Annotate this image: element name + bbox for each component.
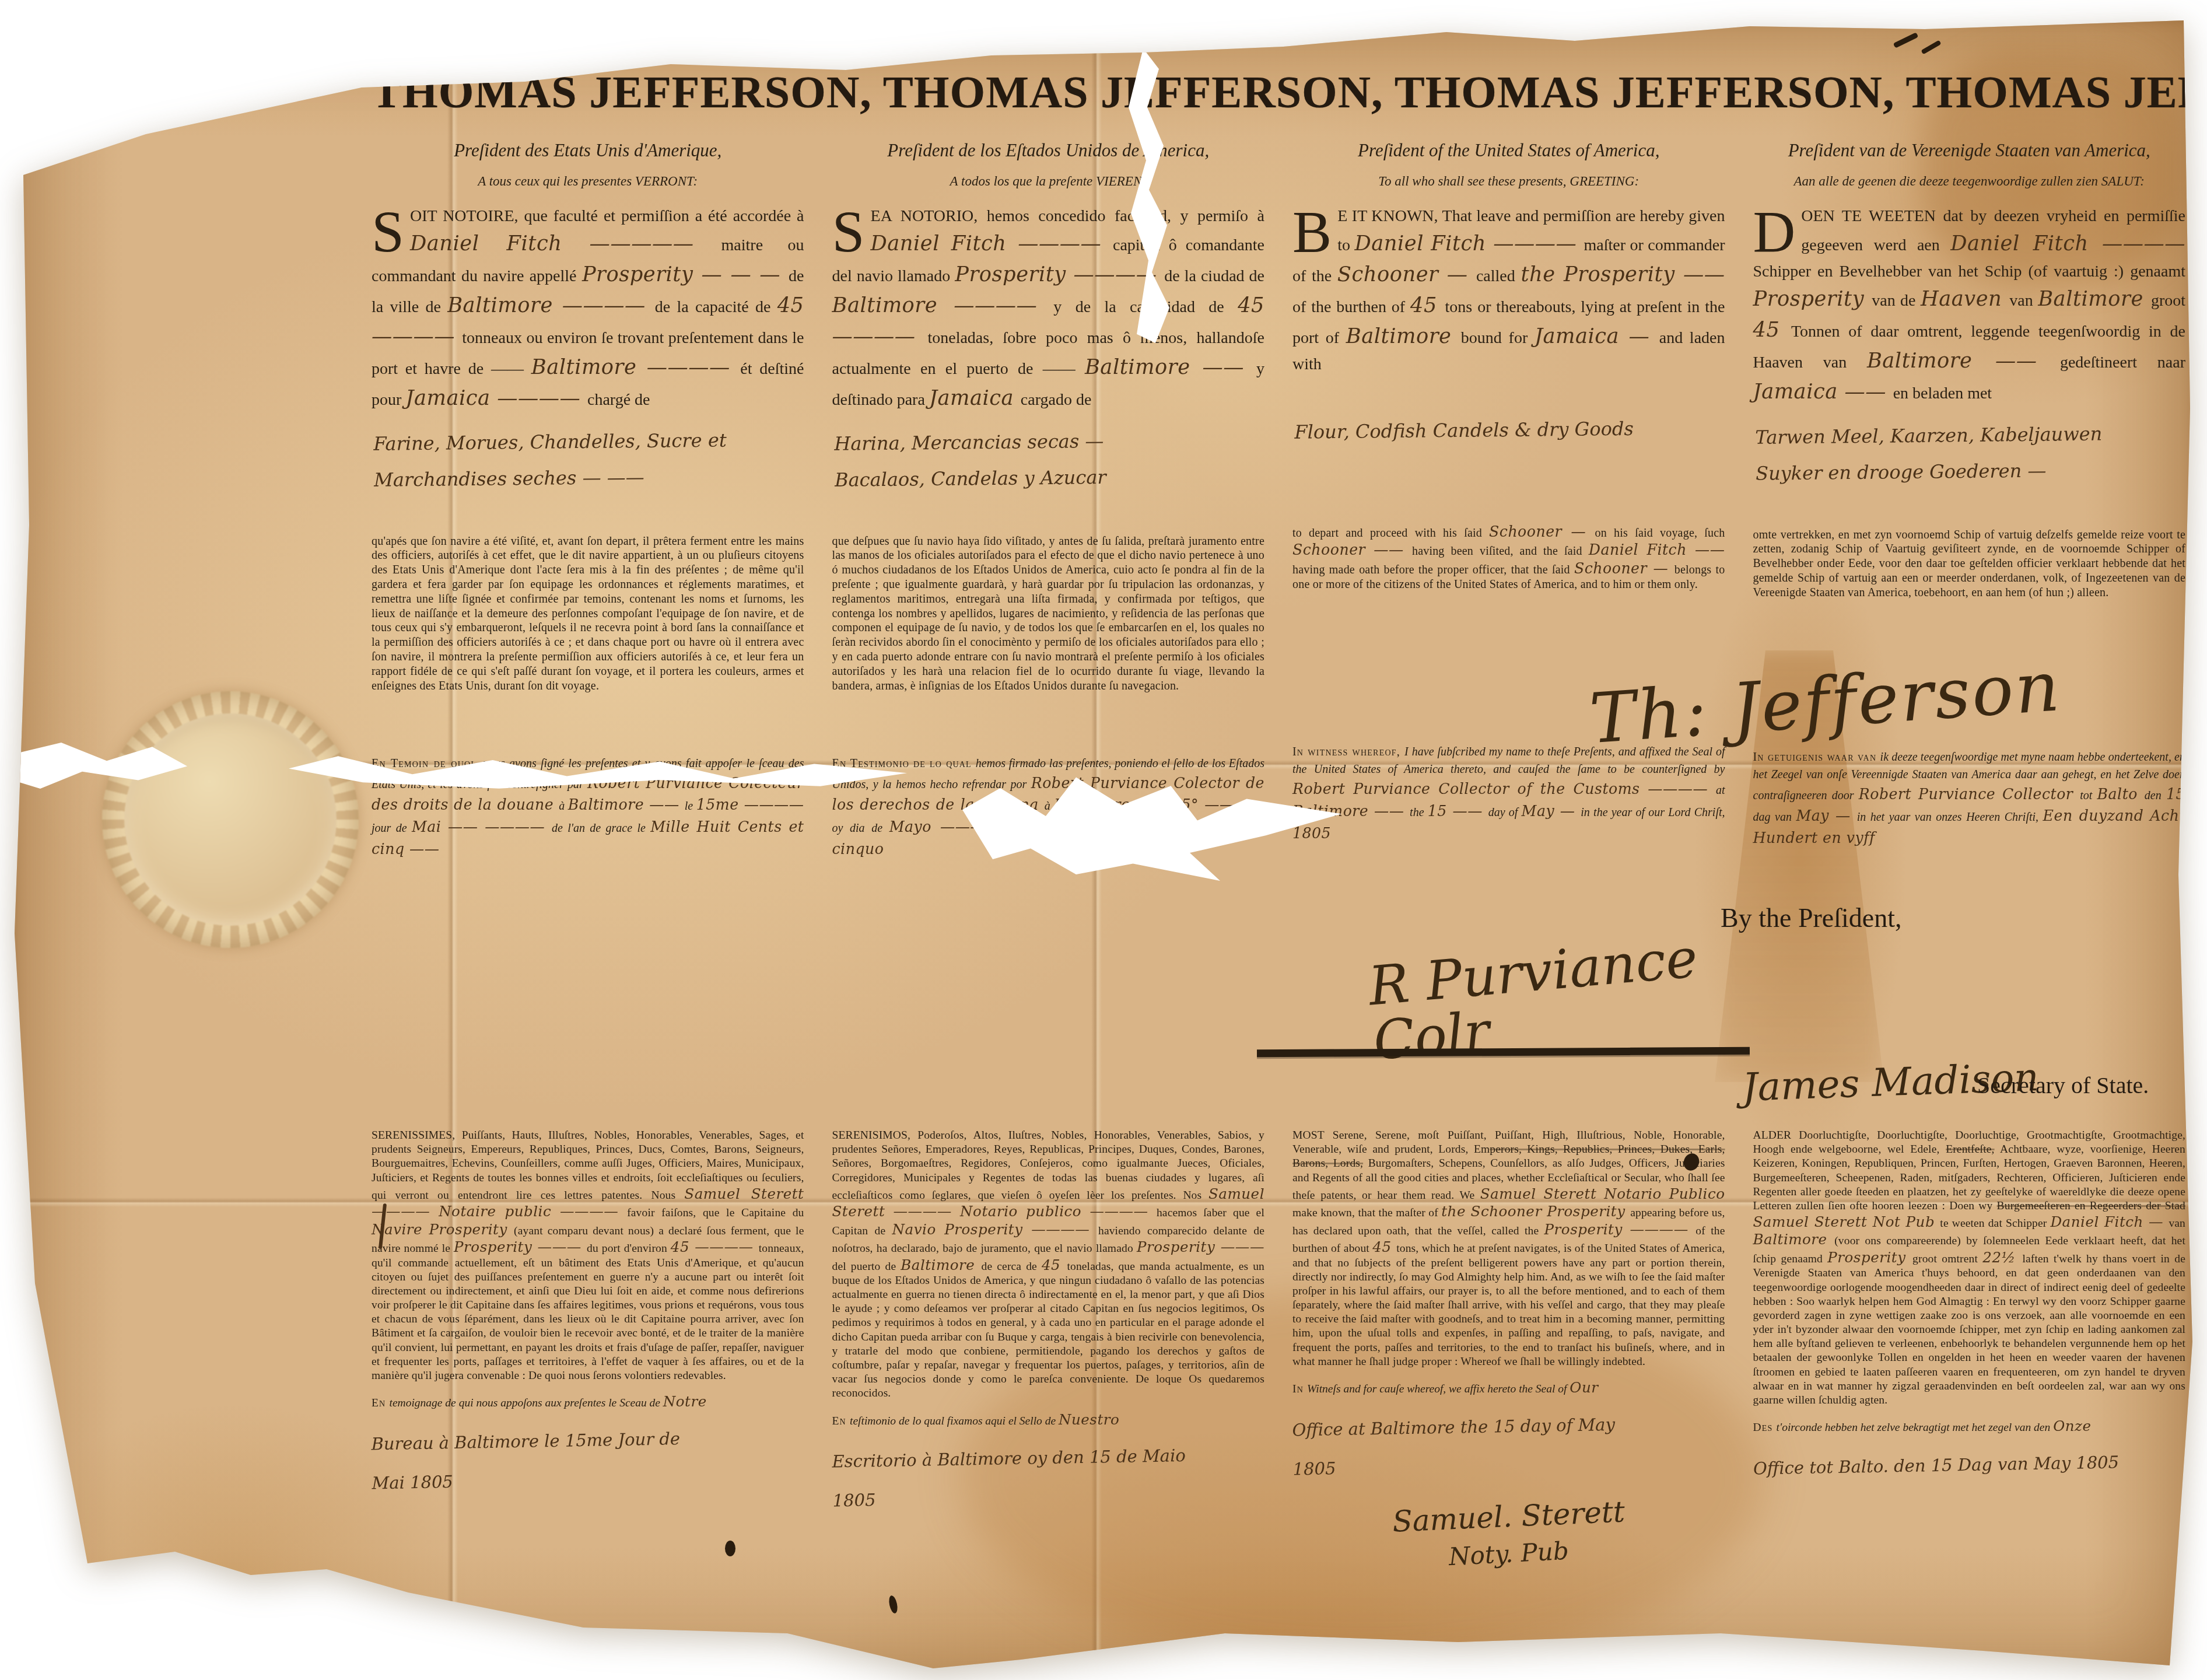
cargo-manifest-english: Flour, Codfish Candels & dry Goods bbox=[1294, 409, 1723, 513]
cargo-manifest-french: Farine, Morues, Chandelles, Sucre etMarc… bbox=[373, 421, 802, 525]
notarial-paragraph-spanish: SERENISIMOS, Poderoſos, Altos, Iluſtres,… bbox=[832, 1129, 1265, 1401]
column-spanish: Preſident de los Eſtados Unidos de Ameri… bbox=[832, 140, 1265, 860]
column-dutch: Preſident van de Vereenigde Staaten van … bbox=[1753, 140, 2186, 860]
opening-paragraph-french: SOIT NOTOIRE, que faculté et permiſſion … bbox=[372, 204, 804, 414]
subtitle-french: Preſident des Etats Unis d'Amerique, bbox=[372, 140, 804, 161]
opening-paragraph-english: BE IT KNOWN, That leave and permiſſion a… bbox=[1292, 204, 1725, 402]
subtitle-english: Preſident of the United States of Americ… bbox=[1292, 140, 1725, 161]
column-french: Preſident des Etats Unis d'Amerique, A t… bbox=[372, 140, 804, 860]
notarial-dateline-french: Bureau à Baltimore le 15me Jour deMai 18… bbox=[371, 1417, 805, 1502]
body-paragraph-french: qu'apés que ſon navire a été viſité, et,… bbox=[372, 534, 804, 750]
ink-blot bbox=[725, 1541, 735, 1556]
salutation-spanish: A todos los que la preſente VIEREN: bbox=[832, 174, 1265, 189]
notarial-dateline-dutch: Office tot Balto. den 15 Dag van May 180… bbox=[1753, 1441, 2186, 1488]
ships-passport-document: THOMAS JEFFERSON, THOMAS JEFFERSON, THOM… bbox=[15, 20, 2193, 1680]
witness-clause-dutch: In getuigenis waar van ik deeze teegenſw… bbox=[1753, 748, 2186, 849]
notarial-paragraph-french: SERENISSIMES, Puiſſants, Hauts, Illuſtre… bbox=[372, 1129, 804, 1383]
bottom-column-french: SERENISSIMES, Puiſſants, Hauts, Illuſtre… bbox=[372, 1129, 804, 1568]
witness-clause-english: In witness whereof, I have ſubſcribed my… bbox=[1292, 743, 1725, 844]
notarial-paragraph-dutch: ALDER Doorluchtigſte, Doorluchtigſte, Do… bbox=[1753, 1129, 2186, 1408]
notarial-witness-english: In Witneſs and for cauſe whereof, we aff… bbox=[1292, 1377, 1725, 1399]
divider-rule bbox=[1257, 1047, 1750, 1057]
paper-shadow-wrap: THOMAS JEFFERSON, THOMAS JEFFERSON, THOM… bbox=[0, 0, 2207, 1680]
salutation-english: To all who shall see these presents, GRE… bbox=[1292, 174, 1725, 189]
ink-mark bbox=[1893, 32, 1918, 48]
cargo-manifest-spanish: Harina, Mercancias secas —Bacalaos, Cand… bbox=[834, 421, 1263, 525]
upper-columns: Preſident des Etats Unis d'Amerique, A t… bbox=[372, 140, 2185, 860]
notarial-witness-dutch: Des t'oirconde hebben het zelve bekragti… bbox=[1753, 1416, 2186, 1437]
notarial-dateline-english: Office at Baltimore the 15 day of May180… bbox=[1292, 1403, 1726, 1488]
opening-paragraph-spanish: SEA NOTORIO, hemos concedido facultad, y… bbox=[832, 204, 1265, 414]
screenshot-scene: THOMAS JEFFERSON, THOMAS JEFFERSON, THOM… bbox=[0, 0, 2207, 1680]
notarial-dateline-spanish: Escritorio à Baltimore oy den 15 de Maio… bbox=[831, 1435, 1265, 1520]
notarial-witness-french: En temoignage de qui nous appoſons aux p… bbox=[372, 1391, 804, 1413]
body-paragraph-spanish: que deſpues que ſu navio haya ſido viſit… bbox=[832, 534, 1265, 750]
document-title: THOMAS JEFFERSON, THOMAS JEFFERSON, THOM… bbox=[372, 66, 2190, 118]
ink-blot bbox=[888, 1595, 899, 1614]
salutation-dutch: Aan alle de geenen die deeze teegenwoord… bbox=[1753, 174, 2186, 189]
cargo-manifest-dutch: Tarwen Meel, Kaarzen, KabeljauwenSuyker … bbox=[1755, 415, 2184, 519]
bottom-column-spanish: SERENISIMOS, Poderoſos, Altos, Iluſtres,… bbox=[832, 1129, 1265, 1568]
notarial-witness-spanish: En teſtimonio de lo qual fixamos aqui el… bbox=[832, 1409, 1265, 1431]
bottom-column-english: MOST Serene, Serene, moſt Puiſſant, Puiſ… bbox=[1292, 1129, 1725, 1568]
ink-mark bbox=[1921, 40, 1941, 55]
subtitle-dutch: Preſident van de Vereenigde Staaten van … bbox=[1753, 140, 2186, 161]
subtitle-spanish: Preſident de los Eſtados Unidos de Ameri… bbox=[832, 140, 1265, 161]
lower-columns: SERENISSIMES, Puiſſants, Hauts, Illuſtre… bbox=[372, 1129, 2185, 1568]
by-the-president-label: By the Preſident, bbox=[1721, 902, 1901, 933]
embossed-paper-seal bbox=[102, 691, 359, 948]
opening-paragraph-dutch: DOEN TE WEETEN dat by deezen vryheid en … bbox=[1753, 204, 2186, 408]
bottom-column-dutch: ALDER Doorluchtigſte, Doorluchtigſte, Do… bbox=[1753, 1129, 2186, 1568]
notarial-paragraph-english: MOST Serene, Serene, moſt Puiſſant, Puiſ… bbox=[1292, 1129, 1725, 1369]
salutation-french: A tous ceux qui les presentes VERRONT: bbox=[372, 174, 804, 189]
secretary-of-state-label: Secretary of State. bbox=[1977, 1072, 2149, 1099]
